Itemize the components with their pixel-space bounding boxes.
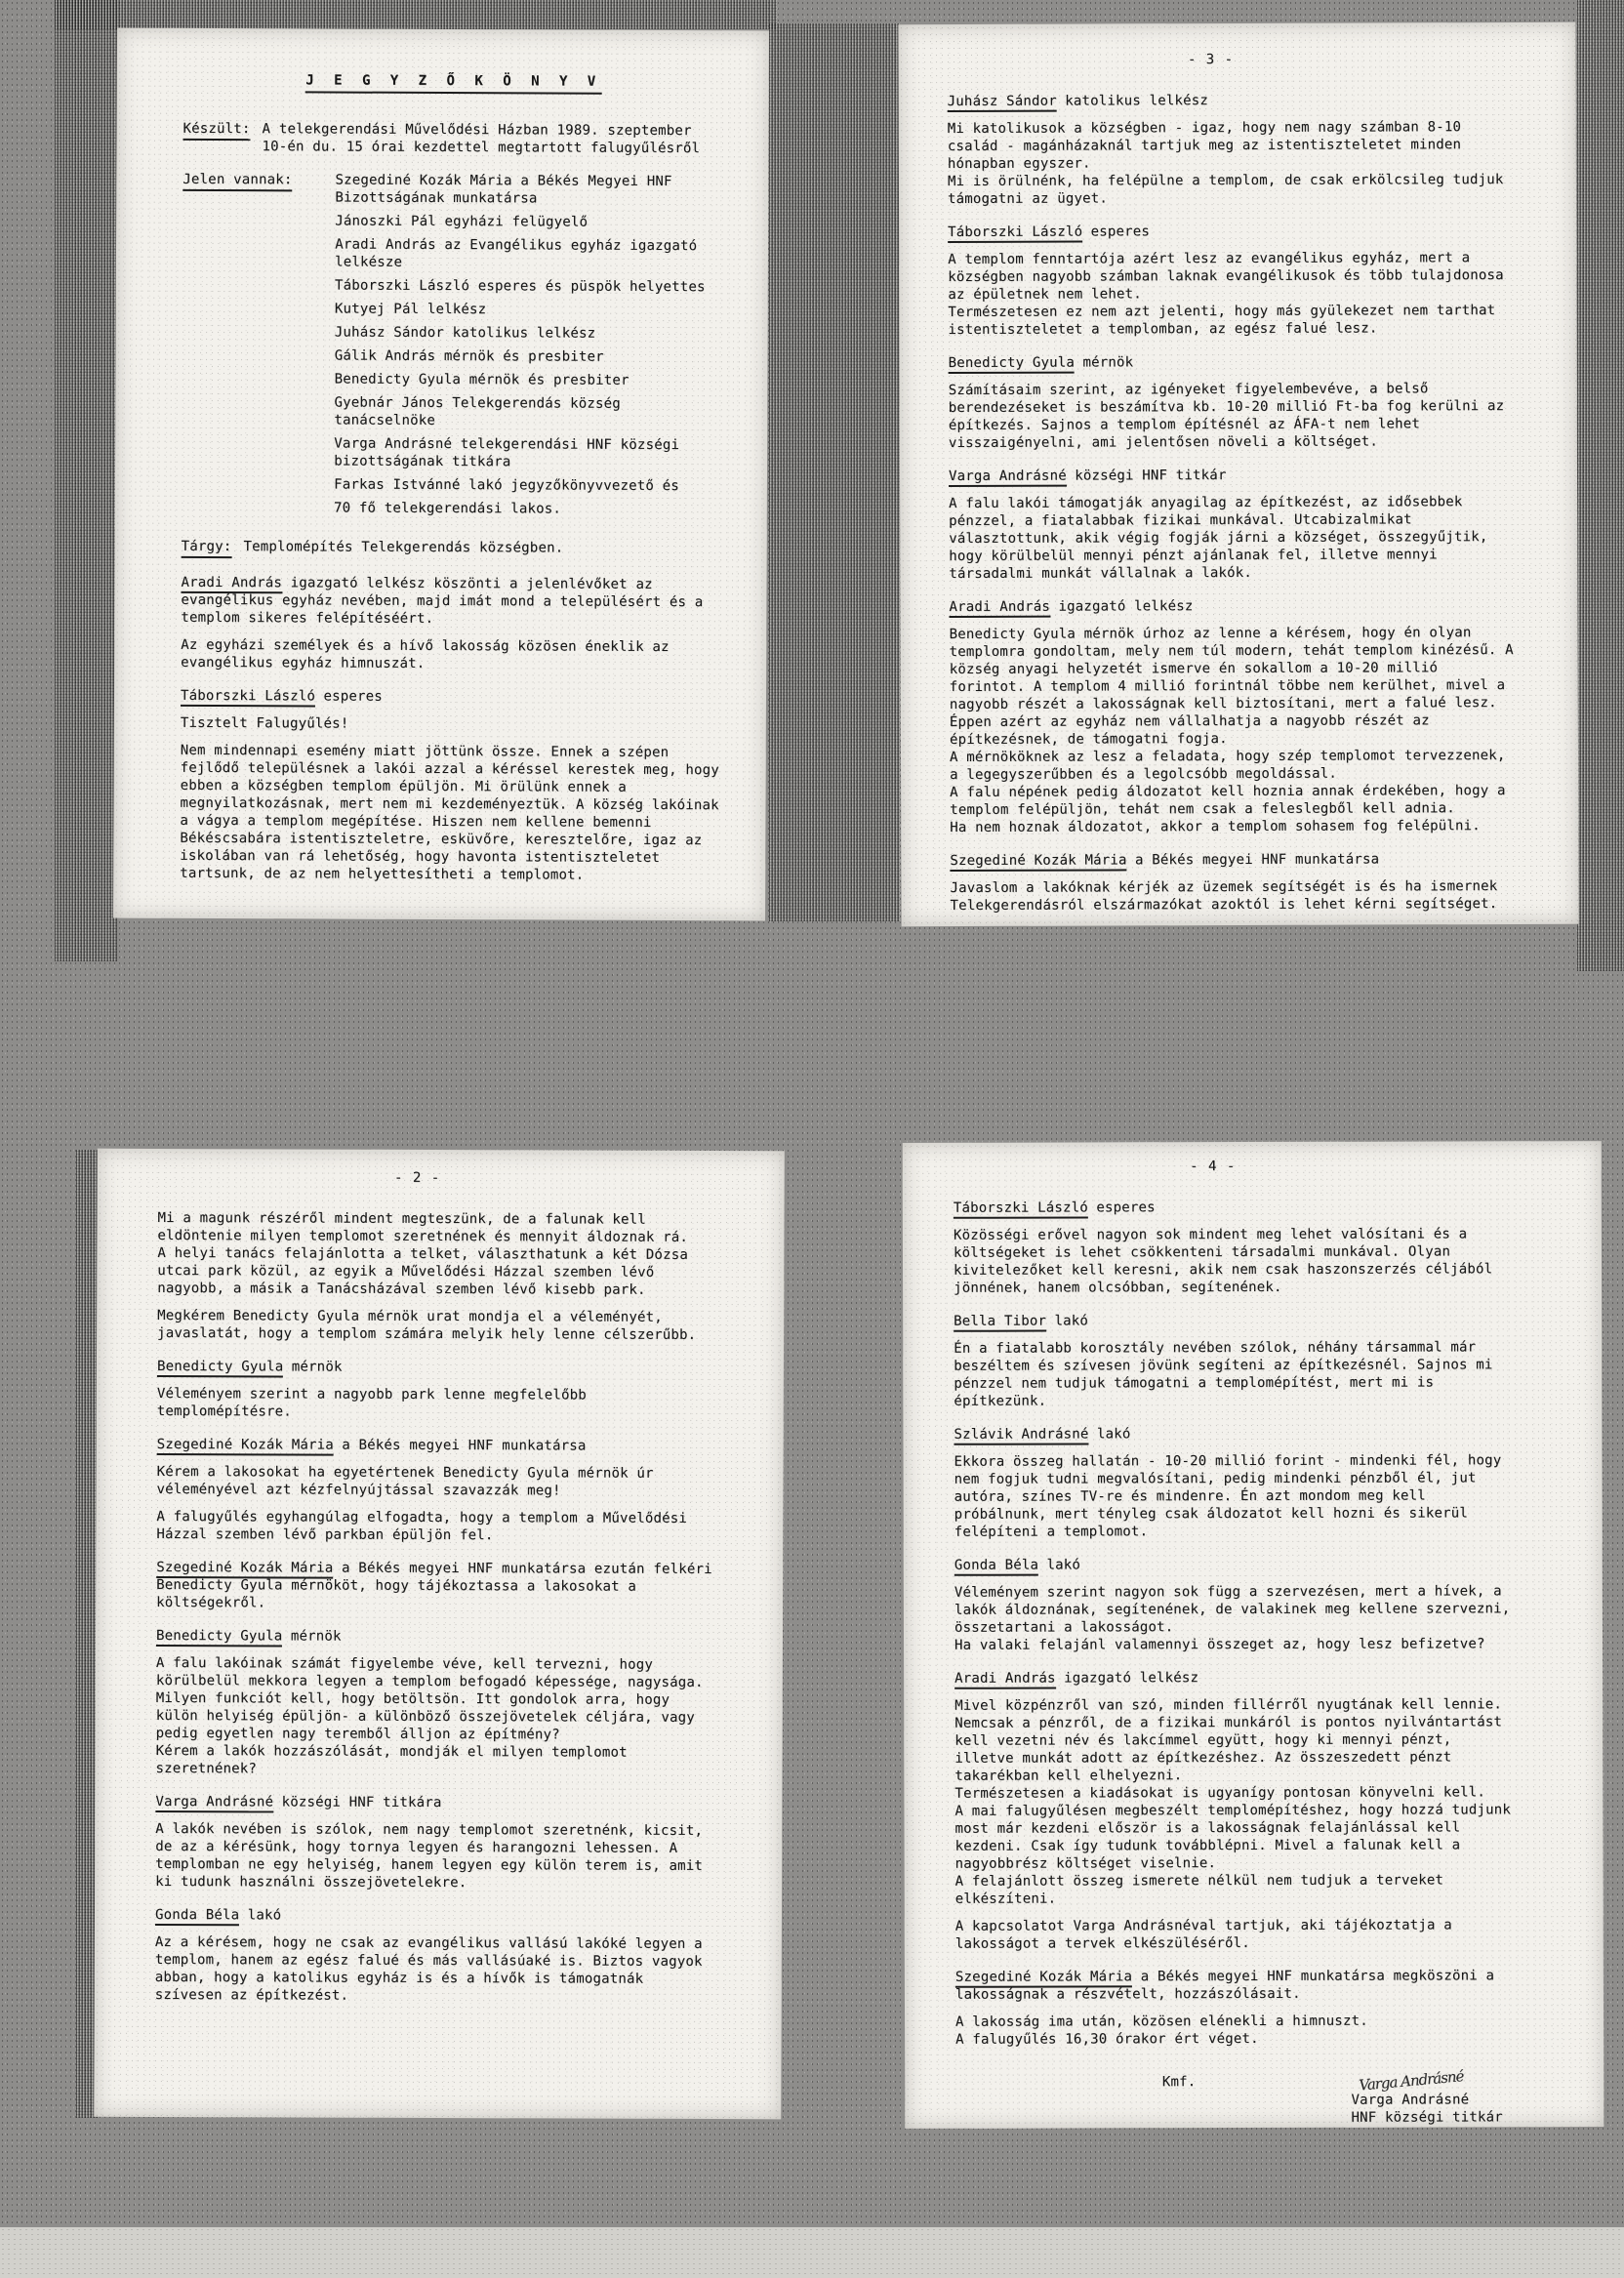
- paragraph: Közösségi erővel nagyon sok mindent meg …: [954, 1225, 1512, 1296]
- speaker-name: Aradi András: [949, 599, 1050, 618]
- texture-band-top-edge: [55, 0, 777, 29]
- page-number: - 4 -: [954, 1157, 1473, 1175]
- paragraph: Nem mindennapi esemény miatt jöttünk öss…: [180, 742, 721, 884]
- paragraph: Mi a magunk részéről mindent megteszünk,…: [157, 1209, 715, 1246]
- speaker-role: igazgató lelkész: [1064, 1670, 1198, 1686]
- paragraph: Ha valaki felajánl valamennyi összeget a…: [954, 1635, 1513, 1653]
- paragraph: Természetesen ez nem azt jelenti, hogy m…: [948, 302, 1514, 339]
- speaker-heading: Táborszki Lászlóesperes: [948, 222, 1514, 241]
- scanned-page-1: J E G Y Z Ő K Ö N Y VKészült:A telekgere…: [113, 28, 769, 921]
- paragraph: A lakosság ima után, közösen elénekli a …: [955, 2012, 1514, 2030]
- field-label: Jelen vannak:: [183, 171, 292, 191]
- attendee-item: Gyebnár János Telekgerendás község tanác…: [334, 394, 722, 431]
- paragraph: Javaslom a lakóknak kérjék az üzemek seg…: [950, 877, 1516, 915]
- speaker-role: lakó: [1047, 1557, 1081, 1572]
- scanned-page-3: - 3 -Juhász Sándorkatolikus lelkészMi ka…: [898, 22, 1578, 926]
- field-label: Tárgy:: [182, 538, 232, 558]
- speaker-name: Szegediné Kozák Mária: [157, 1437, 334, 1456]
- paragraph: Benedicty Gyula mérnök úrhoz az lenne a …: [950, 624, 1516, 749]
- paragraph: A falu lakóinak számát figyelembe véve, …: [156, 1654, 714, 1744]
- paragraph: Én a fiatalabb korosztály nevében szólok…: [954, 1338, 1512, 1409]
- speaker-name: Táborszki László: [181, 688, 315, 708]
- speaker-heading: Bella Tiborlakó: [954, 1311, 1512, 1329]
- paragraph: Az egyházi személyek és a hívő lakosság …: [181, 636, 721, 673]
- paragraph: Kérem a lakosokat ha egyetértenek Benedi…: [156, 1463, 714, 1500]
- speaker-heading: Szegediné Kozák Máriaa Békés megyei HNF …: [950, 850, 1516, 870]
- attendee-item: Benedicty Gyula mérnök és presbiter: [335, 371, 723, 390]
- paragraph: A falugyűlés 16,30 órakor ért véget.: [955, 2029, 1514, 2048]
- speaker-role: mérnök: [292, 1359, 343, 1374]
- speaker-name: Aradi András: [954, 1671, 1056, 1689]
- speaker-heading: Benedicty Gyulamérnök: [949, 352, 1515, 372]
- paragraph: Számításaim szerint, az igényeket figyel…: [949, 380, 1515, 452]
- speaker-role: igazgató lelkész: [1058, 598, 1193, 614]
- paragraph: Véleményem szerint a nagyobb park lenne …: [157, 1385, 715, 1422]
- speaker-heading: Varga Andrásnéközségi HNF titkár: [949, 466, 1515, 485]
- speaker-heading: Aradi Andrásigazgató lelkész: [954, 1668, 1513, 1687]
- paragraph: Kérem a lakók hozzászólását, mondják el …: [155, 1742, 713, 1779]
- attendee-items: Szegediné Kozák Mária a Békés Megyei HNF…: [334, 172, 723, 525]
- document-title: J E G Y Z Ő K Ö N Y V: [305, 71, 601, 94]
- texture-band-center-gap: [769, 23, 900, 921]
- attendee-item: Varga Andrásné telekgerendási HNF község…: [334, 435, 722, 472]
- paragraph: Természetesen a kiadásokat is ugyanígy p…: [954, 1783, 1513, 1802]
- bottom-light-band: [0, 2227, 1624, 2278]
- speaker-role: esperes: [1096, 1200, 1155, 1215]
- speaker-heading: Varga Andrásnéközségi HNF titkára: [155, 1793, 713, 1812]
- field-text: A telekgerendási Művelődési Házban 1989.…: [262, 120, 723, 157]
- speaker-name: Aradi András: [181, 575, 282, 593]
- speaker-role: lakó: [1097, 1426, 1131, 1442]
- speaker-heading: Táborszki Lászlóesperes: [181, 687, 721, 707]
- labeled-line: Tárgy:Templomépítés Telekgerendás község…: [182, 538, 722, 560]
- paragraph: A falu népének pedig áldozatot kell hozn…: [950, 782, 1516, 819]
- speaker-role: községi HNF titkára: [282, 1794, 442, 1810]
- paragraph: Mi katolikusok a községben - igaz, hogy …: [948, 118, 1514, 173]
- speaker-role: a Békés megyei HNF munkatársa: [1135, 851, 1379, 868]
- speaker-role: esperes: [323, 688, 382, 704]
- signature-name: Varga Andrásné: [1351, 2091, 1502, 2108]
- paragraph: A felajánlott összeg ismerete nélkül nem…: [955, 1871, 1514, 1907]
- texture-band-left-top: [55, 0, 117, 961]
- attendee-item: Szegediné Kozák Mária a Békés Megyei HNF…: [335, 172, 723, 209]
- speaker-name: Szegediné Kozák Mária: [955, 1969, 1132, 1987]
- speaker-role: mérnök: [291, 1628, 342, 1644]
- speaker-name: Juhász Sándor: [948, 94, 1057, 112]
- speaker-name: Szegediné Kozák Mária: [950, 852, 1126, 872]
- paragraph: Mi is örülnénk, ha felépülne a templom, …: [948, 171, 1514, 208]
- speaker-name: Benedicty Gyula: [156, 1628, 283, 1647]
- speech-paragraph: Aradi András igazgató lelkész köszönti a…: [181, 574, 721, 629]
- speaker-name: Szegediné Kozák Mária: [156, 1560, 333, 1579]
- speech-paragraph: Szegediné Kozák Mária a Békés megyei HNF…: [156, 1559, 714, 1613]
- speaker-heading: Gonda Bélalakó: [954, 1555, 1513, 1573]
- attendee-item: Aradi András az Evangélikus egyház igazg…: [335, 236, 723, 273]
- speaker-heading: Táborszki Lászlóesperes: [954, 1198, 1512, 1216]
- attendee-item: Farkas Istvánné lakó jegyzőkönyvvezető é…: [334, 476, 722, 496]
- paragraph: Ha nem hoznak áldozatot, akkor a templom…: [950, 817, 1516, 836]
- kmf-label: Kmf.: [1162, 2073, 1197, 2091]
- labeled-line: Készült:A telekgerendási Művelődési Házb…: [183, 120, 723, 157]
- scanned-page-2: - 2 -Mi a magunk részéről mindent megtes…: [94, 1149, 784, 2119]
- paragraph: A falu lakói támogatják anyagilag az épí…: [949, 493, 1515, 583]
- speaker-heading: Benedicty Gyulamérnök: [156, 1627, 714, 1647]
- speaker-name: Gonda Béla: [155, 1907, 239, 1926]
- speaker-role: esperes: [1091, 224, 1150, 239]
- paragraph: A mérnököknek az lesz a feladata, hogy s…: [950, 747, 1516, 784]
- paragraph: A mai falugyűlésen megbeszélt templomépí…: [954, 1801, 1513, 1872]
- speaker-name: Benedicty Gyula: [157, 1359, 284, 1377]
- speaker-role: lakó: [248, 1907, 282, 1923]
- speaker-role: a Békés megyei HNF munkatársa: [342, 1438, 586, 1454]
- speaker-name: Szlávik Andrásné: [954, 1426, 1088, 1444]
- attendee-item: Juhász Sándor katolikus lelkész: [335, 324, 723, 344]
- attendee-item: Gálik András mérnök és presbiter: [335, 347, 723, 367]
- closing-block: Kmf.Varga AndrásnéVarga AndrásnéHNF közs…: [955, 2072, 1514, 2127]
- speaker-heading: Gonda Bélalakó: [155, 1906, 713, 1926]
- speaker-heading: Szegediné Kozák Máriaa Békés megyei HNF …: [157, 1436, 715, 1455]
- paragraph: Megkérem Benedicty Gyula mérnök urat mon…: [157, 1307, 715, 1344]
- speaker-heading: Juhász Sándorkatolikus lelkész: [948, 91, 1514, 110]
- paragraph: A templom fenntartója azért lesz az evan…: [948, 249, 1514, 304]
- paragraph: Véleményem szerint nagyon sok függ a sze…: [954, 1582, 1513, 1636]
- paragraph: A helyi tanács felajánlotta a telket, vá…: [157, 1244, 715, 1299]
- attendee-item: Jánoszki Pál egyházi felügyelő: [335, 213, 723, 232]
- texture-band-right-top: [1577, 0, 1624, 971]
- signature-block: Varga AndrásnéVarga AndrásnéHNF községi …: [1351, 2072, 1502, 2126]
- speaker-name: Varga Andrásné: [155, 1794, 273, 1812]
- field-label: Készült:: [183, 120, 250, 141]
- speech-paragraph: Szegediné Kozák Mária a Békés megyei HNF…: [955, 1967, 1514, 2003]
- signature-title: HNF községi titkár: [1352, 2108, 1503, 2126]
- page-number: - 3 -: [947, 50, 1474, 69]
- field-text: Templomépítés Telekgerendás községben.: [243, 538, 721, 560]
- speaker-role: községi HNF titkár: [1075, 468, 1226, 484]
- speaker-name: Benedicty Gyula: [949, 355, 1076, 374]
- paragraph: Az a kérésem, hogy ne csak az evangéliku…: [155, 1933, 713, 2006]
- paragraph: A kapcsolatot Varga Andrásnéval tartjuk,…: [955, 1916, 1514, 1952]
- attendees-list: Jelen vannak:Szegediné Kozák Mária a Bék…: [182, 171, 724, 524]
- speaker-name: Bella Tibor: [954, 1314, 1046, 1332]
- speaker-name: Táborszki László: [954, 1200, 1088, 1218]
- speaker-name: Táborszki László: [948, 224, 1082, 243]
- attendee-item: Kutyej Pál lelkész: [335, 301, 723, 320]
- speaker-heading: Benedicty Gyulamérnök: [157, 1358, 715, 1377]
- paragraph: A lakók nevében is szólok, nem nagy temp…: [155, 1820, 713, 1892]
- attendee-item: 70 fő telekgerendási lakos.: [334, 500, 722, 519]
- scanned-page-4: - 4 -Táborszki LászlóesperesKözösségi er…: [903, 1141, 1604, 2129]
- speaker-heading: Aradi Andrásigazgató lelkész: [949, 596, 1515, 616]
- speaker-name: Varga Andrásné: [949, 468, 1067, 487]
- page-number: - 2 -: [158, 1168, 677, 1188]
- speaker-role: mérnök: [1082, 354, 1133, 370]
- paragraph: Ekkora összeg hallatán - 10-20 millió fo…: [954, 1451, 1513, 1540]
- attendee-item: Táborszki László esperes és püspök helye…: [335, 277, 723, 297]
- paragraph: Tisztelt Falugyűlés!: [181, 714, 721, 734]
- speaker-name: Gonda Béla: [954, 1558, 1038, 1576]
- speaker-role: lakó: [1054, 1313, 1088, 1328]
- speaker-heading: Szlávik Andrásnélakó: [954, 1424, 1512, 1443]
- speaker-role: katolikus lelkész: [1065, 93, 1208, 109]
- paragraph: Mivel közpénzről van szó, minden fillérr…: [954, 1695, 1513, 1784]
- scanned-minutes-photo: { "palette": { "background": "#8e8d8b", …: [0, 0, 1624, 2278]
- paragraph: A falugyűlés egyhangúlag elfogadta, hogy…: [156, 1508, 714, 1545]
